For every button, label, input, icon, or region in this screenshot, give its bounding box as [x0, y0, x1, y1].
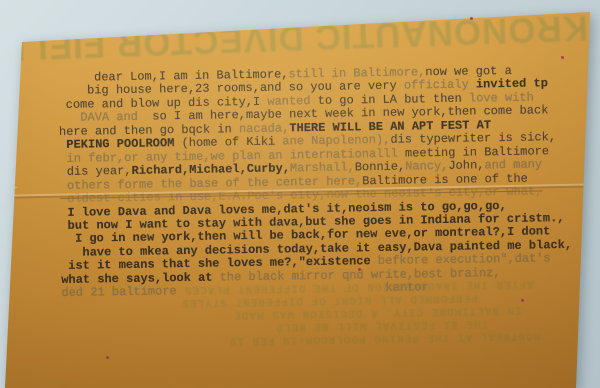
letter-text-segment: ded 21 baltimore: [61, 284, 176, 300]
letter-text-segment: Nancy,: [405, 159, 448, 174]
letter-text-segment: [177, 281, 386, 298]
ink-speck: [561, 56, 564, 59]
letter-text-segment: invited tp: [476, 77, 548, 92]
ink-speck: [358, 268, 361, 271]
letter-text-segment: kantor: [385, 280, 428, 295]
letter-text-segment: John,: [448, 158, 484, 173]
ink-speck: [470, 17, 473, 20]
letter-paper: KRONONAUTIC DIVECTOR FIELD MONTREAL AT T…: [0, 0, 600, 388]
photo-of-letter: KRONONAUTIC DIVECTOR FIELD MONTREAL AT T…: [0, 0, 600, 388]
ghost-bleedthrough-title: KRONONAUTIC DIVECTOR FIELD: [15, 3, 588, 67]
typed-letter-body: dear Lom,I am in Baltimore,still in Balt…: [58, 64, 600, 301]
paper-shadow-wrap: KRONONAUTIC DIVECTOR FIELD MONTREAL AT T…: [0, 0, 600, 388]
fold-crease-edge-nick: [4, 182, 18, 194]
ink-speck: [106, 356, 109, 359]
letter-text-segment: and many: [484, 158, 542, 173]
letter-text-segment: wanted: [267, 94, 310, 109]
ink-speck: [521, 299, 524, 302]
